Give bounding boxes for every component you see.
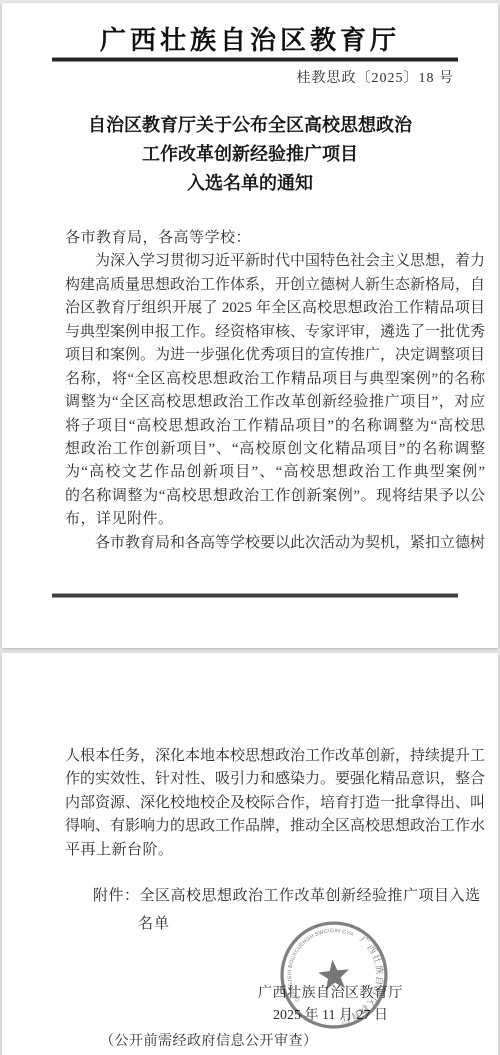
- page1-body: 各市教育局，各高等学校：为深入学习贯彻习近平新时代中国特色社会主义思想，着力构建…: [65, 227, 485, 555]
- body-line: 名称，将“全区高校思想政治工作精品项目与典型案例”的名称: [65, 368, 485, 391]
- doc-number: 桂教思政〔2025〕18 号: [297, 67, 455, 87]
- notice-title-line-1: 自治区教育厅关于公布全区高校思想政治: [2, 111, 498, 140]
- body-line: 人根本任务，深化本地本校思想政治工作改革创新，持续提升工: [65, 745, 485, 768]
- body-line: 作的实效性、针对性、吸引力和感染力。要强化精品意识，整合: [65, 768, 485, 791]
- body-line: 为深入学习贯彻习近平新时代中国特色社会主义思想，着力: [65, 250, 485, 273]
- page-2: 人根本任务，深化本地本校思想政治工作改革创新，持续提升工作的实效性、针对性、吸引…: [2, 653, 498, 1055]
- notice-title-line-2: 工作改革创新经验推广项目: [2, 140, 498, 169]
- body-line: 与典型案例申报工作。经资格审核、专家评审，遴选了一批优秀: [65, 321, 485, 344]
- seal-star-icon: [317, 958, 351, 990]
- body-line: 为“高校文艺作品创新项目”、“高校思想政治工作典型案例”: [65, 461, 485, 484]
- attachment-line-2: 名单: [138, 912, 170, 933]
- notice-title: 自治区教育厅关于公布全区高校思想政治 工作改革创新经验推广项目 入选名单的通知: [2, 111, 498, 198]
- document-viewer: 广西壮族自治区教育厅 桂教思政〔2025〕18 号 自治区教育厅关于公布全区高校…: [0, 0, 500, 1055]
- page-1: 广西壮族自治区教育厅 桂教思政〔2025〕18 号 自治区教育厅关于公布全区高校…: [2, 3, 498, 648]
- body-line: 各市教育局和各高等学校要以此次活动为契机，紧扣立德树: [65, 532, 485, 555]
- body-line: 的名称调整为“高校思想政治工作创新案例”。现将结果予以公: [65, 485, 485, 508]
- body-line: 治区教育厅组织开展了 2025 年全区高校思想政治工作精品项目: [65, 297, 485, 320]
- notice-title-line-3: 入选名单的通知: [2, 169, 498, 198]
- official-seal-stamp-icon: GVANGJSIH BOUXCUENGH SWCIGIH GYAUYUZDING…: [272, 913, 395, 1036]
- body-line: 项目和案例。为进一步强化优秀项目的宣传推广，决定调整项目: [65, 344, 485, 367]
- page2-body: 人根本任务，深化本地本校思想政治工作改革创新，持续提升工作的实效性、针对性、吸引…: [65, 745, 485, 862]
- body-line: 布，详见附件。: [65, 508, 485, 531]
- page1-bottom-rule: [52, 593, 458, 598]
- attachment-line-1: 附件：全区高校思想政治工作改革创新经验推广项目入选: [93, 884, 481, 905]
- body-line: 平再上新台阶。: [65, 839, 485, 862]
- body-line: 各市教育局，各高等学校：: [65, 227, 485, 250]
- body-line: 将子项目“高校思想政治工作精品项目”的名称调整为“高校思: [65, 415, 485, 438]
- body-line: 调整为“全区高校思想政治工作改革创新经验推广项目”，对应: [65, 391, 485, 414]
- header-rule: [52, 57, 458, 62]
- body-line: 想政治工作创新项目”、“高校原创文化精品项目”的名称调整: [65, 438, 485, 461]
- agency-title: 广西壮族自治区教育厅: [2, 20, 498, 57]
- body-line: 得响、有影响力的思政工作品牌，推动全区高校思想政治工作水: [65, 815, 485, 838]
- body-line: 构建高质量思想政治工作体系，开创立德树人新生态新格局，自: [65, 274, 485, 297]
- body-line: 内部资源、深化校地校企及校际合作，培育打造一批拿得出、叫: [65, 792, 485, 815]
